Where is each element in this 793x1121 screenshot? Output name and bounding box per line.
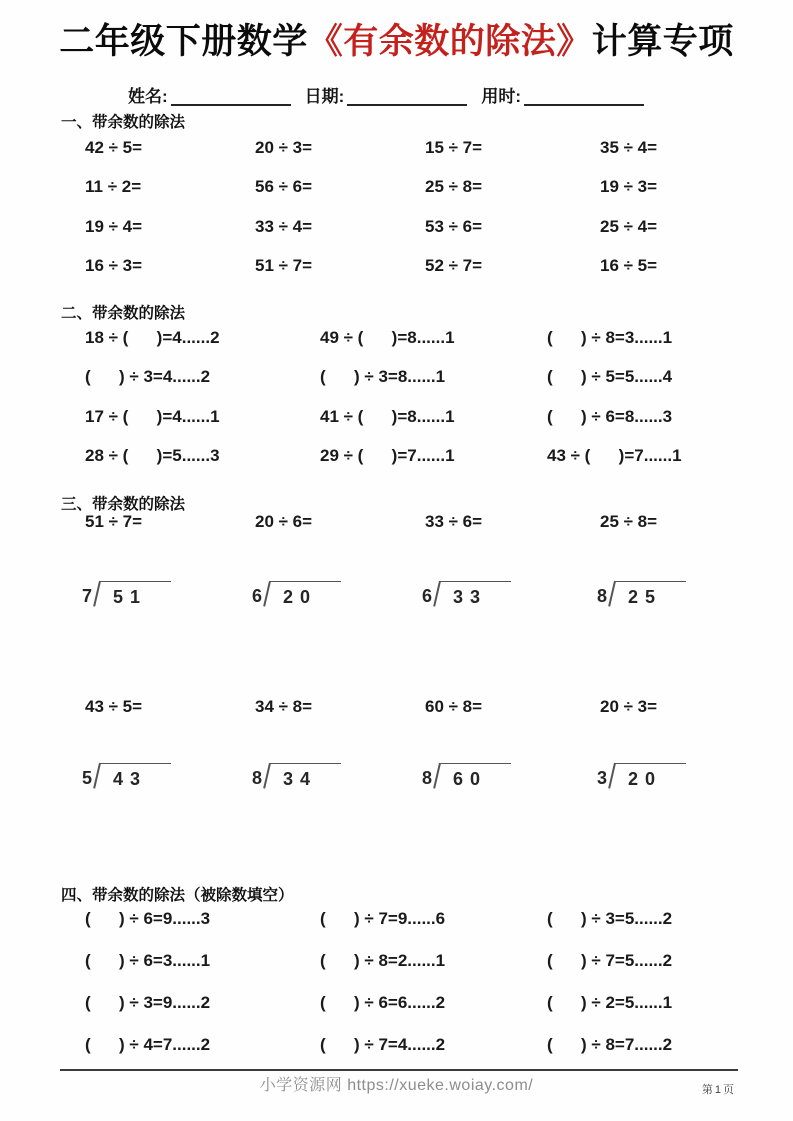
problem: 33 ÷ 4=: [255, 207, 425, 247]
long-division: 3 2 0: [597, 763, 717, 794]
divisor: 8: [252, 763, 262, 789]
problem: 15 ÷ 7=: [425, 128, 600, 168]
problem: ( ) ÷ 3=9......2: [85, 982, 320, 1024]
problem: 16 ÷ 3=: [85, 247, 255, 287]
long-division: 8 3 4: [252, 763, 422, 794]
name-blank: [171, 85, 291, 106]
dividend: 3 3: [440, 581, 511, 612]
problem: 20 ÷ 3=: [255, 128, 425, 168]
date-blank: [347, 85, 467, 106]
title-part3: 计算专项: [592, 22, 734, 61]
divisor: 7: [82, 581, 92, 607]
problem: 56 ÷ 6=: [255, 168, 425, 208]
dividend: 2 0: [270, 581, 341, 612]
problem: ( ) ÷ 6=3......1: [85, 940, 320, 982]
dividend: 5 1: [100, 581, 171, 612]
problem: 16 ÷ 5=: [600, 247, 720, 287]
problem: ( ) ÷ 6=6......2: [320, 982, 547, 1024]
problem: 25 ÷ 8=: [600, 508, 720, 536]
divisor: 8: [597, 581, 607, 607]
long-division: 8 6 0: [422, 763, 597, 794]
date-label: 日期:: [305, 82, 345, 107]
problem: 52 ÷ 7=: [425, 247, 600, 287]
page-title: 二年级下册数学《有余数的除法》计算专项: [0, 14, 793, 64]
problem: 34 ÷ 8=: [255, 693, 425, 721]
long-division: 6 3 3: [422, 581, 597, 612]
problem: ( ) ÷ 7=9......6: [320, 898, 547, 940]
footer-site-url: 小学资源网 https://xueke.woiay.com/: [0, 1072, 793, 1095]
problem: ( ) ÷ 3=4......2: [85, 358, 320, 398]
problem: 28 ÷ ( )=5......3: [85, 437, 320, 477]
problem: 43 ÷ 5=: [85, 693, 255, 721]
section-two-problems: 18 ÷ ( )=4......2 49 ÷ ( )=8......1 ( ) …: [85, 318, 682, 476]
problem: 35 ÷ 4=: [600, 128, 720, 168]
problem: ( ) ÷ 3=8......1: [320, 358, 547, 398]
dividend: 6 0: [440, 763, 511, 794]
problem: ( ) ÷ 7=4......2: [320, 1024, 547, 1066]
problem: 42 ÷ 5=: [85, 128, 255, 168]
problem: 41 ÷ ( )=8......1: [320, 397, 547, 437]
problem: ( ) ÷ 6=9......3: [85, 898, 320, 940]
student-info-row: 姓名: 日期: 用时:: [128, 82, 644, 107]
problem: 49 ÷ ( )=8......1: [320, 318, 547, 358]
problem: ( ) ÷ 8=2......1: [320, 940, 547, 982]
divisor: 8: [422, 763, 432, 789]
problem: 25 ÷ 4=: [600, 207, 720, 247]
problem: 20 ÷ 3=: [600, 693, 720, 721]
problem: 19 ÷ 4=: [85, 207, 255, 247]
title-part1: 二年级下册数学: [59, 22, 308, 61]
problem: 53 ÷ 6=: [425, 207, 600, 247]
title-accent: 《有余数的除法》: [308, 22, 592, 61]
long-division: 6 2 0: [252, 581, 422, 612]
problem: 17 ÷ ( )=4......1: [85, 397, 320, 437]
problem: ( ) ÷ 8=3......1: [547, 318, 682, 358]
problem: 18 ÷ ( )=4......2: [85, 318, 320, 358]
section-three-longdiv-row1: 7 5 1 6 2 0 6 3 3 8 2 5: [82, 581, 717, 612]
divisor: 6: [422, 581, 432, 607]
dividend: 4 3: [100, 763, 171, 794]
problem: ( ) ÷ 2=5......1: [547, 982, 672, 1024]
problem: ( ) ÷ 7=5......2: [547, 940, 672, 982]
dividend: 2 5: [615, 581, 686, 612]
problem: ( ) ÷ 5=5......4: [547, 358, 682, 398]
page-number: 第1页: [702, 1081, 736, 1097]
problem: ( ) ÷ 6=8......3: [547, 397, 682, 437]
problem: 33 ÷ 6=: [425, 508, 600, 536]
problem: 11 ÷ 2=: [85, 168, 255, 208]
problem: ( ) ÷ 3=5......2: [547, 898, 672, 940]
problem: 19 ÷ 3=: [600, 168, 720, 208]
name-label: 姓名:: [128, 82, 168, 107]
long-division: 8 2 5: [597, 581, 717, 612]
problem: ( ) ÷ 8=7......2: [547, 1024, 672, 1066]
problem: 25 ÷ 8=: [425, 168, 600, 208]
problem: 29 ÷ ( )=7......1: [320, 437, 547, 477]
divisor: 3: [597, 763, 607, 789]
section-one-problems: 42 ÷ 5= 20 ÷ 3= 15 ÷ 7= 35 ÷ 4= 11 ÷ 2= …: [85, 128, 720, 286]
problem: ( ) ÷ 4=7......2: [85, 1024, 320, 1066]
problem: 51 ÷ 7=: [85, 508, 255, 536]
problem: 20 ÷ 6=: [255, 508, 425, 536]
dividend: 2 0: [615, 763, 686, 794]
problem: 43 ÷ ( )=7......1: [547, 437, 682, 477]
problem: 60 ÷ 8=: [425, 693, 600, 721]
divisor: 5: [82, 763, 92, 789]
footer-divider: [60, 1069, 738, 1071]
section-three-longdiv-row2: 5 4 3 8 3 4 8 6 0 3 2 0: [82, 763, 717, 794]
time-label: 用时:: [481, 82, 521, 107]
long-division: 5 4 3: [82, 763, 252, 794]
section-three-problems-row1: 51 ÷ 7= 20 ÷ 6= 33 ÷ 6= 25 ÷ 8=: [85, 508, 720, 536]
time-blank: [524, 85, 644, 106]
divisor: 6: [252, 581, 262, 607]
section-four-problems: ( ) ÷ 6=9......3 ( ) ÷ 7=9......6 ( ) ÷ …: [85, 898, 672, 1066]
long-division: 7 5 1: [82, 581, 252, 612]
worksheet-page: 二年级下册数学《有余数的除法》计算专项 姓名: 日期: 用时: 一、带余数的除法…: [0, 0, 793, 1121]
problem: 51 ÷ 7=: [255, 247, 425, 287]
dividend: 3 4: [270, 763, 341, 794]
section-three-problems-row2: 43 ÷ 5= 34 ÷ 8= 60 ÷ 8= 20 ÷ 3=: [85, 693, 720, 721]
